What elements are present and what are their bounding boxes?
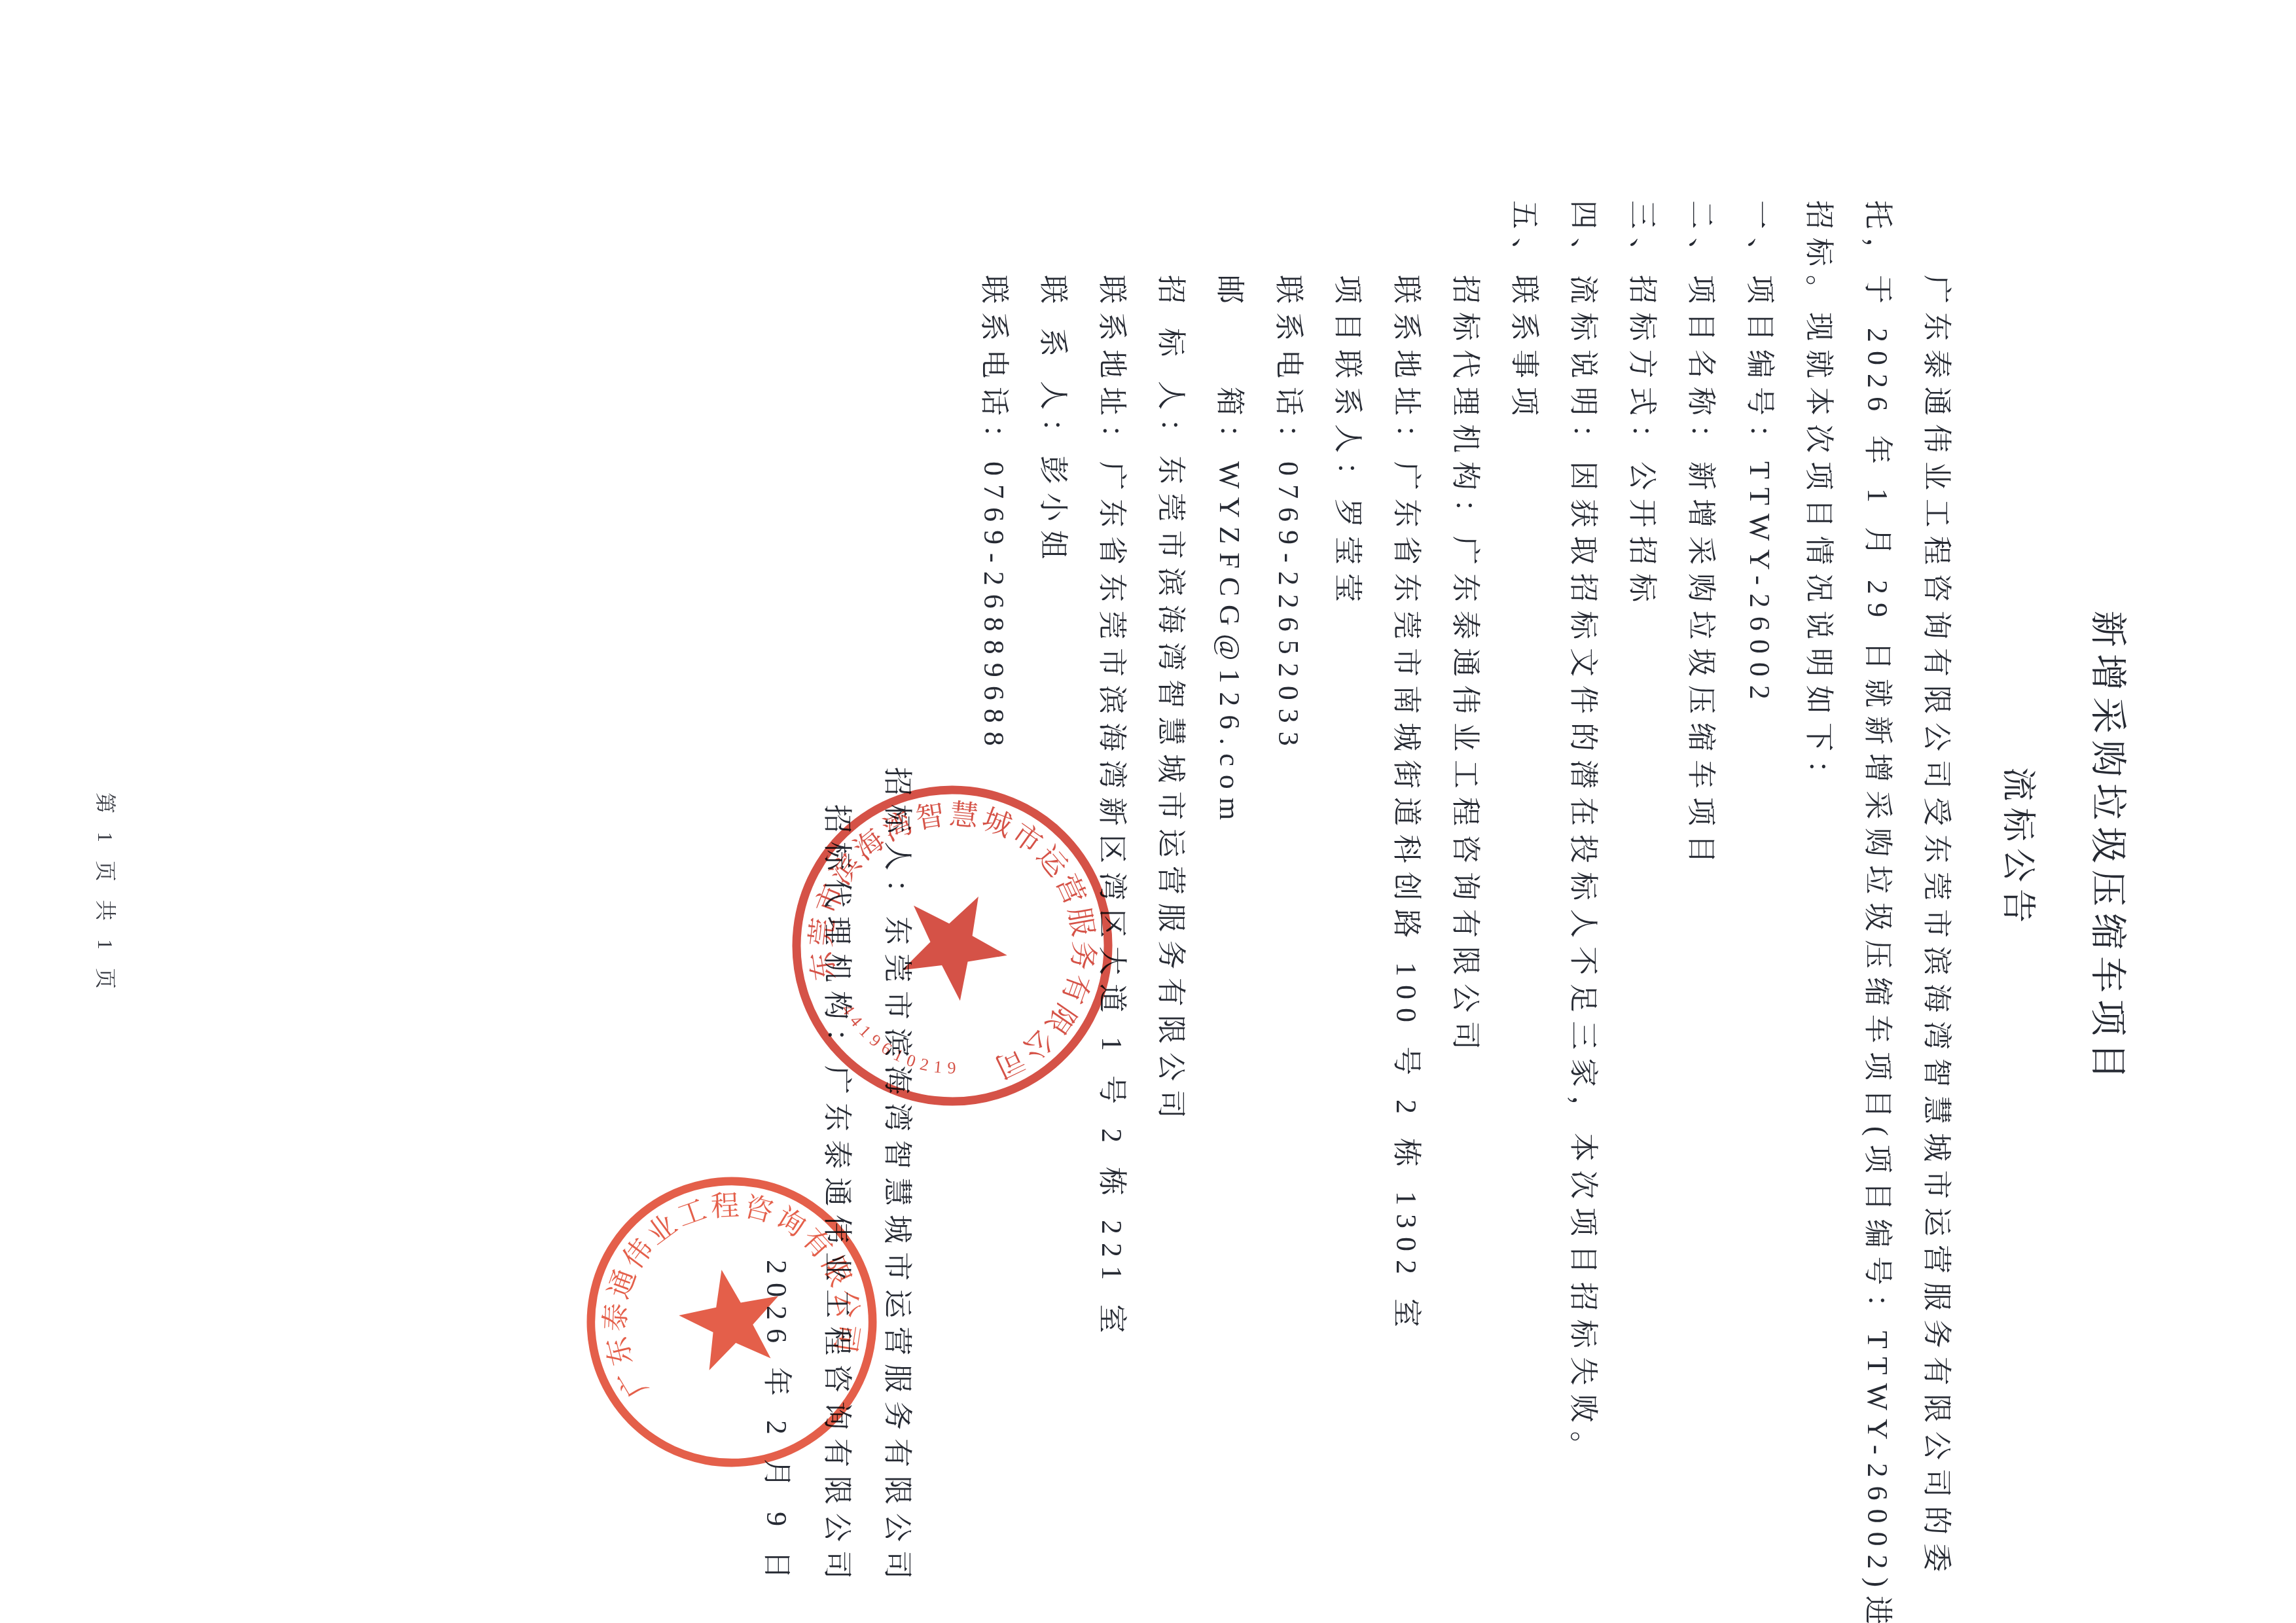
- body-line-5: 三、招标方式：公开招标: [1612, 200, 1671, 1601]
- stamp-star-icon: [672, 1260, 790, 1374]
- page-number-footer: 第 1 页 共 1 页: [92, 200, 122, 1588]
- body-line-0: 广东泰通伟业工程咨询有限公司受东莞市滨海湾智慧城市运营服务有限公司的委: [1907, 200, 1965, 1601]
- document-page: 新增采购垃圾压缩车项目 流标公告 广东泰通伟业工程咨询有限公司受东莞市滨海湾智慧…: [0, 0, 2296, 1623]
- company-stamp-agency: 广东泰通伟业工程咨询有限公司: [551, 1141, 912, 1502]
- body-line-2: 招标。现就本次项目情况说明如下：: [1789, 200, 1848, 1601]
- body-line-8: 招标代理机构：广东泰通伟业工程咨询有限公司: [1435, 200, 1494, 1601]
- body-line-11: 联系电话：0769-22652033: [1259, 200, 1318, 1601]
- stamp-star-icon: [884, 872, 1025, 1010]
- body-line-4: 二、项目名称：新增采购垃圾压缩车项目: [1671, 200, 1730, 1601]
- body-line-10: 项目联系人：罗莹莹: [1318, 200, 1376, 1601]
- document-title: 新增采购垃圾压缩车项目: [2087, 154, 2128, 1542]
- body-line-12: 邮 箱：WYZFCG@126.com: [1200, 200, 1259, 1601]
- scanned-page-canvas: 新增采购垃圾压缩车项目 流标公告 广东泰通伟业工程咨询有限公司受东莞市滨海湾智慧…: [0, 0, 2296, 1623]
- body-line-6: 四、流标说明：因获取招标文件的潜在投标人不足三家，本次项目招标失败。: [1553, 200, 1612, 1601]
- document-subtitle: 流标公告: [1998, 154, 2037, 1542]
- body-line-7: 五、联系事项: [1494, 200, 1553, 1601]
- body-line-1: 托，于 2026 年 1 月 29 日就新增采购垃圾压缩车项目(项目编号：TTW…: [1848, 200, 1907, 1601]
- body-line-9: 联系地址：广东省东莞市南城街道科创路 100 号 2 栋 1302 室: [1376, 200, 1435, 1601]
- svg-text:4419610219: 4419610219: [829, 997, 970, 1096]
- stamp-serial-text: 4419610219: [829, 997, 970, 1096]
- body-line-3: 一、项目编号：TTWY-26002: [1730, 200, 1789, 1601]
